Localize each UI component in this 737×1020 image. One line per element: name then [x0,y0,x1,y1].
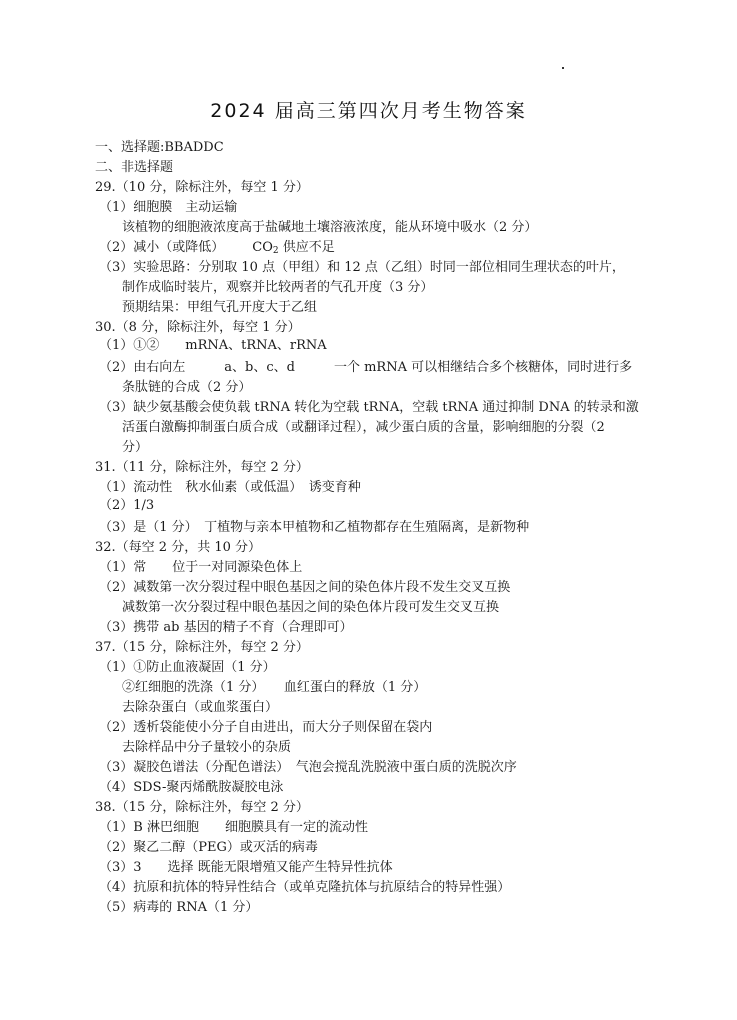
q38-answer-5: （5）病毒的 RNA（1 分） [99,900,258,916]
q38-answer-4: （4）抗原和抗体的特异性结合（或单克隆抗体与抗原结合的特异性强） [99,880,510,896]
q29-answer-2: （2）减小（或降低）CO2 供应不足 [99,240,335,256]
q32-answer-1: （1）常 位于一对同源染色体上 [99,560,302,576]
q29-answer-3-cont: 制作成临时装片，观察并比较两者的气孔开度（3 分） [122,280,433,296]
q37-answer-4: （4）SDS-聚丙烯酰胺凝胶电泳 [99,780,283,796]
q37-answer-1-cont2: 去除杂蛋白（或血浆蛋白） [122,700,278,716]
q29-answer-3: （3）实验思路：分别取 10 点（甲组）和 12 点（乙组）时同一部位相同生理状… [99,260,625,276]
q30-answer-2-cont: 条肽链的合成（2 分） [122,380,251,396]
q38-answer-3: （3）3 选择 既能无限增殖又能产生特异性抗体 [99,860,393,876]
co2-label: CO2 [252,240,278,255]
q32-answer-3: （3）携带 ab 基因的精子不育（合理即可） [99,620,353,636]
q32-answer-2: （2）减数第一次分裂过程中眼色基因之间的染色体片段不发生交叉互换 [99,580,510,596]
q30-header: 30.（8 分，除标注外，每空 1 分） [95,320,301,336]
q31-answer-3: （3）是（1 分） 丁植物与亲本甲植物和乙植物都存在生殖隔离，是新物种 [99,520,529,536]
page-title: 2024 届高三第四次月考生物答案 [0,96,737,123]
q38-answer-1: （1）B 淋巴细胞 细胞膜具有一定的流动性 [99,820,368,836]
q37-answer-1: （1）①防止血液凝固（1 分） [99,660,276,676]
q37-answer-1-cont: ②红细胞的洗涤（1 分） 血红蛋白的释放（1 分） [122,680,426,696]
q32-header: 32.（每空 2 分，共 10 分） [95,540,261,556]
q31-answer-2: （2）1/3 [99,498,154,514]
section-non-multiple-choice: 二、非选择题 [95,160,173,176]
q37-header: 37.（15 分，除标注外，每空 2 分） [95,640,309,656]
q30-answer-3: （3）缺少氨基酸会使负载 tRNA 转化为空载 tRNA，空载 tRNA 通过抑… [99,400,639,416]
q31-answer-1: （1）流动性 秋水仙素（或低温） 诱变育种 [99,480,361,496]
q29-answer-3-expected: 预期结果：甲组气孔开度大于乙组 [122,300,317,316]
q30-answer-2: （2）由右向左 a、b、c、d 一个 mRNA 可以相继结合多个核糖体，同时进行… [99,360,632,376]
q38-header: 38.（15 分，除标注外，每空 2 分） [95,800,309,816]
section-multiple-choice: 一、选择题:BBADDC [95,140,224,156]
q37-answer-2-cont: 去除样品中分子量较小的杂质 [122,740,291,756]
q37-answer-3: （3）凝胶色谱法（分配色谱法） 气泡会搅乱洗脱液中蛋白质的洗脱次序 [99,760,517,776]
co2-text: CO [252,240,273,255]
q31-header: 31.（11 分，除标注外，每空 2 分） [95,460,309,476]
q37-answer-2: （2）透析袋能使小分子自由进出，而大分子则保留在袋内 [99,720,432,736]
answer-sheet-page: 2024 届高三第四次月考生物答案 一、选择题:BBADDC 二、非选择题 29… [0,0,737,1020]
q29-answer-1: （1）细胞膜 主动运输 [99,200,237,216]
q32-answer-2-cont: 减数第一次分裂过程中眼色基因之间的染色体片段可发生交叉互换 [122,600,499,616]
q38-answer-2: （2）聚乙二醇（PEG）或灭活的病毒 [99,840,318,856]
q29-header: 29.（10 分，除标注外，每空 1 分） [95,180,309,196]
q30-answer-3-cont: 活蛋白激酶抑制蛋白质合成（或翻译过程），减少蛋白质的含量，影响细胞的分裂（2 [122,420,605,436]
q29-answer-2-part-b: 供应不足 [279,240,335,255]
q29-answer-2-part-a: （2）减小（或降低） [99,240,224,255]
q29-answer-1-explanation: 该植物的细胞液浓度高于盐碱地土壤溶液浓度，能从环境中吸水（2 分） [122,220,537,236]
q30-answer-1: （1）①② mRNA、tRNA、rRNA [99,338,327,354]
scan-speck [562,67,564,69]
q30-answer-3-cont2: 分） [122,440,148,456]
